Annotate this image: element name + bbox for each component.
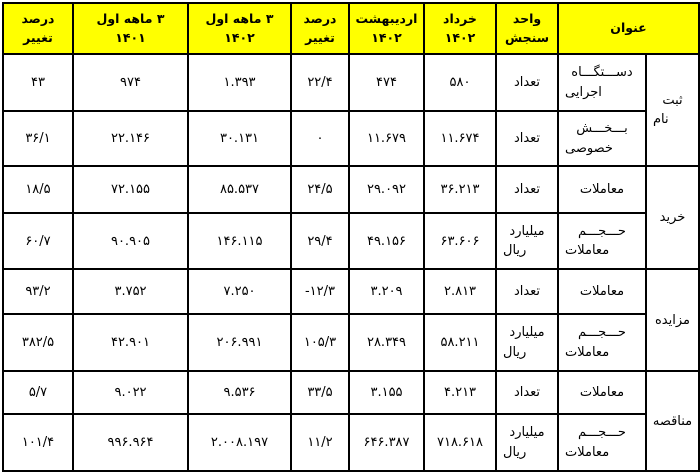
ordibehesht-value: ۴۷۴ [349,54,424,111]
row-label: دســـتگـــاه اجرایی [558,54,646,111]
unit-cell: تعداد [496,54,558,111]
pct-change-quarter-value: ۶۰/۷ [3,213,73,269]
unit-cell: تعداد [496,111,558,166]
pct-change-month-value: ۰ [291,111,349,166]
q1-1402-value: ۲.۰۰۸.۱۹۷ [188,414,291,471]
header-ordibehesht-1402: اردیبهشت ۱۴۰۲ [349,3,424,54]
group-label: مناقصه [646,371,699,471]
ordibehesht-value: ۲۹.۰۹۲ [349,166,424,213]
khordad-value: ۱۱.۶۷۴ [424,111,496,166]
q1-1401-value: ۹۰.۹۰۵ [73,213,188,269]
header-pct-change-month: درصد تغییر [291,3,349,54]
pct-change-month-value: ۲۴/۵ [291,166,349,213]
header-title-label: عنوان [559,19,698,38]
q1-1401-value: ۹۹۶.۹۶۴ [73,414,188,471]
q1-1402-value: ۱.۳۹۳ [188,54,291,111]
header-q1-1402: ۳ ماهه اول ۱۴۰۲ [188,3,291,54]
row-label: حـــجـــم معاملات [558,213,646,269]
q1-1402-value: ۷.۲۵۰ [188,269,291,314]
table-row: ثبت نام دســـتگـــاه اجرایی تعداد ۵۸۰ ۴۷… [3,54,699,111]
unit-cell: تعداد [496,371,558,414]
group-label: مزایده [646,269,699,371]
pct-change-quarter-value: ۴۳ [3,54,73,111]
row-label: معاملات [558,371,646,414]
unit-cell: تعداد [496,269,558,314]
row-label: معاملات [558,269,646,314]
header-row: عنوان واحد سنجش خرداد ۱۴۰۲ اردیبهشت ۱۴۰۲… [3,3,699,54]
pct-change-month-value: ۲۹/۴ [291,213,349,269]
table-row: حـــجـــم معاملات میلیارد ریال ۶۳.۶۰۶ ۴۹… [3,213,699,269]
table-row: حـــجـــم معاملات میلیارد ریال ۵۸.۲۱۱ ۲۸… [3,314,699,371]
khordad-value: ۵۸۰ [424,54,496,111]
q1-1402-value: ۳۰.۱۳۱ [188,111,291,166]
ordibehesht-value: ۴۹.۱۵۶ [349,213,424,269]
q1-1401-value: ۷۲.۱۵۵ [73,166,188,213]
khordad-value: ۶۳.۶۰۶ [424,213,496,269]
ordibehesht-value: ۳.۲۰۹ [349,269,424,314]
header-khordad-1402: خرداد ۱۴۰۲ [424,3,496,54]
unit-cell: تعداد [496,166,558,213]
row-label: معاملات [558,166,646,213]
q1-1401-value: ۲۲.۱۴۶ [73,111,188,166]
q1-1402-value: ۲۰۶.۹۹۱ [188,314,291,371]
unit-cell: میلیارد ریال [496,213,558,269]
pct-change-month-value: ۳۳/۵ [291,371,349,414]
pct-change-month-value: ۲۲/۴ [291,54,349,111]
q1-1401-value: ۴۲.۹۰۱ [73,314,188,371]
ordibehesht-value: ۲۸.۳۴۹ [349,314,424,371]
khordad-value: ۷۱۸.۶۱۸ [424,414,496,471]
pct-change-quarter-value: ۵/۷ [3,371,73,414]
q1-1401-value: ۳.۷۵۲ [73,269,188,314]
khordad-value: ۴.۲۱۳ [424,371,496,414]
pct-change-quarter-value: ۱۰۱/۴ [3,414,73,471]
khordad-value: ۲.۸۱۳ [424,269,496,314]
q1-1402-value: ۸۵.۵۳۷ [188,166,291,213]
pct-change-quarter-value: ۳۶/۱ [3,111,73,166]
unit-cell: میلیارد ریال [496,414,558,471]
header-unit: واحد سنجش [496,3,558,54]
pct-change-month-value: -۱۲/۳ [291,269,349,314]
table-row: خرید معاملات تعداد ۳۶.۲۱۳ ۲۹.۰۹۲ ۲۴/۵ ۸۵… [3,166,699,213]
q1-1401-value: ۹.۰۲۲ [73,371,188,414]
unit-cell: میلیارد ریال [496,314,558,371]
ordibehesht-value: ۳.۱۵۵ [349,371,424,414]
row-label: حـــجـــم معاملات [558,314,646,371]
group-label: خرید [646,166,699,269]
row-label: حـــجـــم معاملات [558,414,646,471]
row-label: بـــخـــش خصوصی [558,111,646,166]
table-row: حـــجـــم معاملات میلیارد ریال ۷۱۸.۶۱۸ ۶… [3,414,699,471]
pct-change-quarter-value: ۱۸/۵ [3,166,73,213]
procurement-statistics-table: عنوان واحد سنجش خرداد ۱۴۰۲ اردیبهشت ۱۴۰۲… [2,2,700,472]
q1-1402-value: ۱۴۶.۱۱۵ [188,213,291,269]
group-label: ثبت نام [646,54,699,166]
khordad-value: ۵۸.۲۱۱ [424,314,496,371]
pct-change-quarter-value: ۹۳/۲ [3,269,73,314]
header-pct-change-quarter: درصد تغییر [3,3,73,54]
pct-change-month-value: ۱۰۵/۳ [291,314,349,371]
ordibehesht-value: ۱۱.۶۷۹ [349,111,424,166]
pct-change-month-value: ۱۱/۲ [291,414,349,471]
q1-1401-value: ۹۷۴ [73,54,188,111]
table-row: مزایده معاملات تعداد ۲.۸۱۳ ۳.۲۰۹ -۱۲/۳ ۷… [3,269,699,314]
header-title: عنوان [558,3,699,54]
khordad-value: ۳۶.۲۱۳ [424,166,496,213]
header-q1-1401: ۳ ماهه اول ۱۴۰۱ [73,3,188,54]
table-row: مناقصه معاملات تعداد ۴.۲۱۳ ۳.۱۵۵ ۳۳/۵ ۹.… [3,371,699,414]
q1-1402-value: ۹.۵۳۶ [188,371,291,414]
table-row: بـــخـــش خصوصی تعداد ۱۱.۶۷۴ ۱۱.۶۷۹ ۰ ۳۰… [3,111,699,166]
page: عنوان واحد سنجش خرداد ۱۴۰۲ اردیبهشت ۱۴۰۲… [0,0,700,472]
ordibehesht-value: ۶۴۶.۳۸۷ [349,414,424,471]
pct-change-quarter-value: ۳۸۲/۵ [3,314,73,371]
